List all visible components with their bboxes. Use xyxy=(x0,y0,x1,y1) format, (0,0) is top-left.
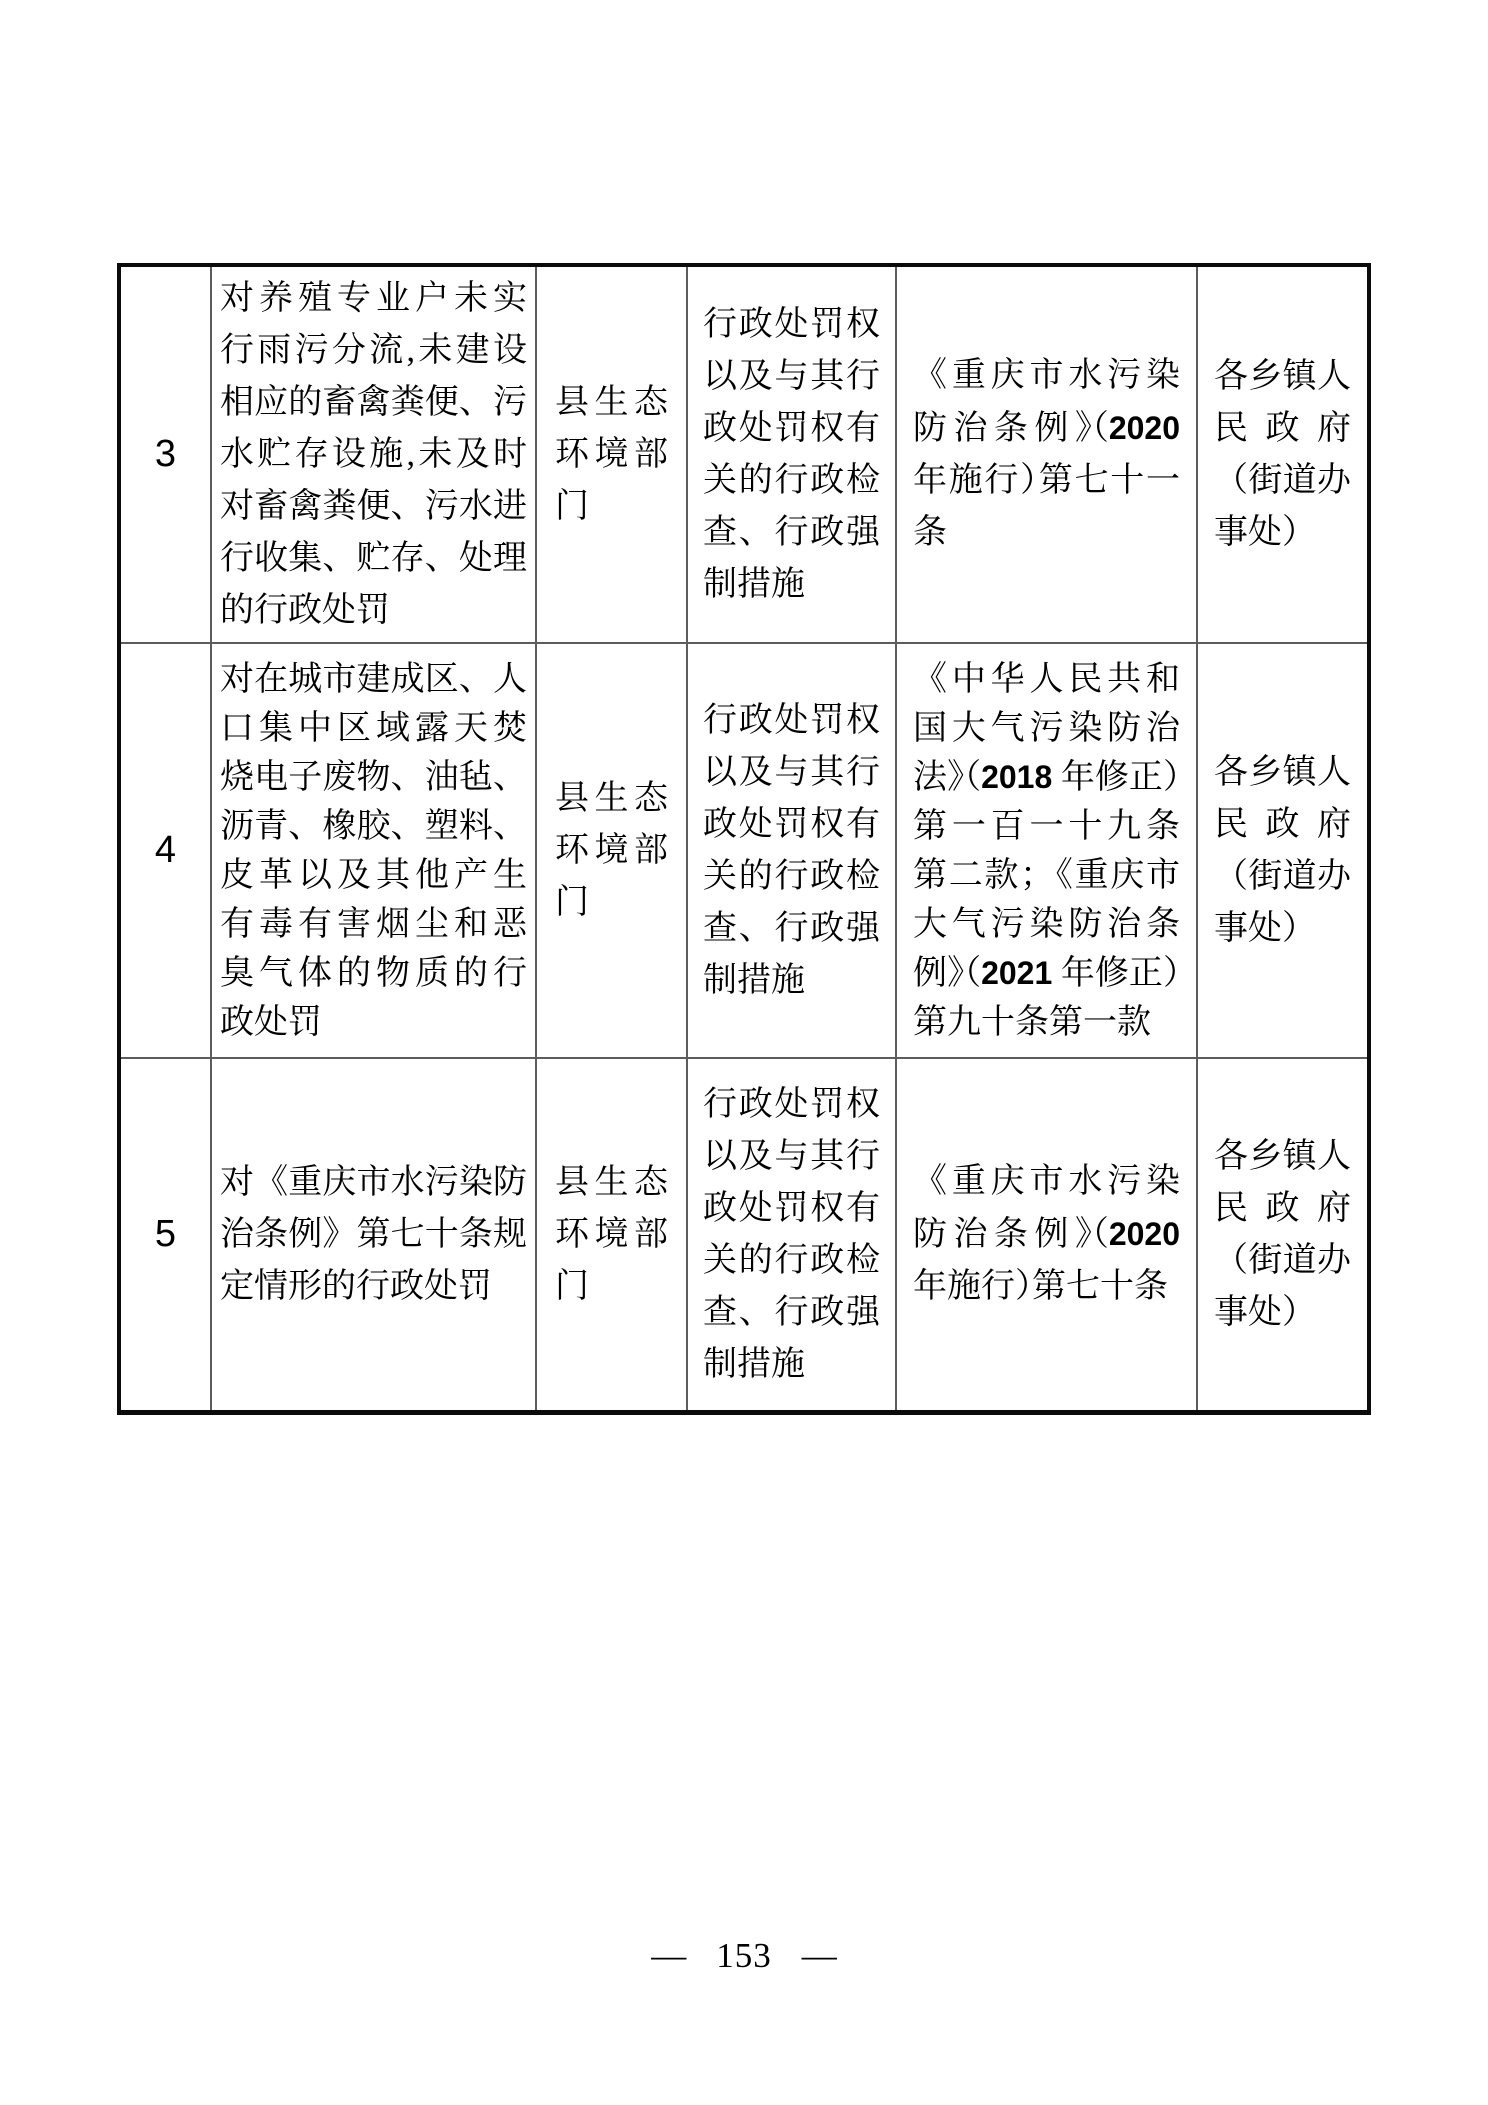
text-line: 水贮存设施,未及时 xyxy=(220,429,527,481)
text-line: 关的行政检 xyxy=(703,455,880,507)
text-line: 的行政处罚 xyxy=(220,585,527,637)
text-line: 门 xyxy=(555,1261,668,1313)
text-line: 政处罚权有 xyxy=(703,403,880,455)
text-line: 门 xyxy=(555,481,668,533)
row5-implementer-text: 各乡镇人民政府（街道办事处） xyxy=(1214,1131,1351,1339)
text-line: （街道办 xyxy=(1214,455,1351,507)
cell-row4-matter: 对在城市建成区、人口集中区域露天焚烧电子废物、油毡、沥青、橡胶、塑料、皮革以及其… xyxy=(212,644,537,1059)
text-line: 年施行）第七十一 xyxy=(913,455,1180,507)
text-line: 民政府 xyxy=(1214,403,1351,455)
text-line: 防治条例》（2020 xyxy=(913,402,1180,455)
text-line: 以及与其行 xyxy=(703,1131,880,1183)
page-number: 153 xyxy=(716,1936,772,1975)
text-line: 民政府 xyxy=(1214,799,1351,851)
text-line: 相应的畜禽粪便、污 xyxy=(220,377,527,429)
text-line: 定情形的行政处罚 xyxy=(220,1261,527,1313)
text-line: 事处） xyxy=(1214,1287,1351,1339)
cell-row3-matter: 对养殖专业户未实行雨污分流,未建设相应的畜禽粪便、污水贮存设施,未及时对畜禽粪便… xyxy=(212,267,537,644)
text-line: 以及与其行 xyxy=(703,351,880,403)
cell-row3-department: 县生态环境部门 xyxy=(537,267,688,644)
row3-number: 3 xyxy=(155,433,176,476)
text-line: 政处罚 xyxy=(220,998,527,1047)
text-line: 年施行）第七十条 xyxy=(913,1261,1180,1313)
cell-row5-power-type: 行政处罚权以及与其行政处罚权有关的行政检查、行政强制措施 xyxy=(688,1059,897,1410)
text-line: 政处罚权有 xyxy=(703,799,880,851)
text-line: 行政处罚权 xyxy=(703,299,880,351)
cell-row5-matter: 对《重庆市水污染防治条例》第七十条规定情形的行政处罚 xyxy=(212,1059,537,1410)
row5-legal-basis-text: 《重庆市水污染防治条例》（2020年施行）第七十条 xyxy=(913,1156,1180,1313)
row3-department-text: 县生态环境部门 xyxy=(555,377,668,533)
text-line: 第九十条第一款 xyxy=(913,998,1180,1047)
text-line: 门 xyxy=(555,877,668,929)
cell-row4-implementer: 各乡镇人民政府（街道办事处） xyxy=(1198,644,1367,1059)
cell-row4-legal-basis: 《中华人民共和国大气污染防治法》（2018 年修正）第一百一十九条第二款；《重庆… xyxy=(897,644,1198,1059)
text-line: （街道办 xyxy=(1214,1235,1351,1287)
text-line: 臭气体的物质的行 xyxy=(220,949,527,998)
text-line: 环境部 xyxy=(555,1209,668,1261)
text-line: 行政处罚权 xyxy=(703,1079,880,1131)
cell-row5-seq: 5 xyxy=(121,1059,212,1410)
text-line: 对畜禽粪便、污水进 xyxy=(220,481,527,533)
text-line: 皮革以及其他产生 xyxy=(220,851,527,900)
text-line: 行收集、贮存、处理 xyxy=(220,533,527,585)
text-line: 第二款；《重庆市 xyxy=(913,851,1180,900)
footer-dash-right: — xyxy=(802,1936,837,1975)
row5-department-text: 县生态环境部门 xyxy=(555,1157,668,1313)
text-line: 行政处罚权 xyxy=(703,695,880,747)
text-line: 查、行政强 xyxy=(703,903,880,955)
cell-row3-legal-basis: 《重庆市水污染防治条例》（2020年施行）第七十一条 xyxy=(897,267,1198,644)
text-line: 制措施 xyxy=(703,559,880,611)
row4-power-type-text: 行政处罚权以及与其行政处罚权有关的行政检查、行政强制措施 xyxy=(703,695,880,1007)
row4-legal-basis-text: 《中华人民共和国大气污染防治法》（2018 年修正）第一百一十九条第二款；《重庆… xyxy=(913,655,1180,1047)
text-line: 以及与其行 xyxy=(703,747,880,799)
text-line: 各乡镇人 xyxy=(1214,351,1351,403)
text-line: 民政府 xyxy=(1214,1183,1351,1235)
text-line: 例》（2021 年修正） xyxy=(913,949,1180,998)
text-line: 国大气污染防治 xyxy=(913,704,1180,753)
cell-row3-implementer: 各乡镇人民政府（街道办事处） xyxy=(1198,267,1367,644)
text-line: 《重庆市水污染 xyxy=(913,1156,1180,1208)
text-line: 治条例》第七十条规 xyxy=(220,1209,527,1261)
text-line: 关的行政检 xyxy=(703,1235,880,1287)
cell-row3-seq: 3 xyxy=(121,267,212,644)
text-line: 查、行政强 xyxy=(703,507,880,559)
text-line: 防治条例》（2020 xyxy=(913,1208,1180,1261)
row5-power-type-text: 行政处罚权以及与其行政处罚权有关的行政检查、行政强制措施 xyxy=(703,1079,880,1391)
text-line: 法》（2018 年修正） xyxy=(913,753,1180,802)
row3-legal-basis-text: 《重庆市水污染防治条例》（2020年施行）第七十一条 xyxy=(913,350,1180,559)
text-line: 烧电子废物、油毡、 xyxy=(220,753,527,802)
row5-matter-text: 对《重庆市水污染防治条例》第七十条规定情形的行政处罚 xyxy=(220,1157,527,1313)
text-line: 环境部 xyxy=(555,429,668,481)
cell-row3-power-type: 行政处罚权以及与其行政处罚权有关的行政检查、行政强制措施 xyxy=(688,267,897,644)
text-line: 县生态 xyxy=(555,773,668,825)
text-line: 有毒有害烟尘和恶 xyxy=(220,900,527,949)
text-line: （街道办 xyxy=(1214,851,1351,903)
text-line: 行雨污分流,未建设 xyxy=(220,325,527,377)
text-line: 制措施 xyxy=(703,1339,880,1391)
row3-power-type-text: 行政处罚权以及与其行政处罚权有关的行政检查、行政强制措施 xyxy=(703,299,880,611)
text-line: 《中华人民共和 xyxy=(913,655,1180,704)
text-line: 县生态 xyxy=(555,1157,668,1209)
cell-row5-implementer: 各乡镇人民政府（街道办事处） xyxy=(1198,1059,1367,1410)
row4-number: 4 xyxy=(155,829,176,872)
row3-matter-text: 对养殖专业户未实行雨污分流,未建设相应的畜禽粪便、污水贮存设施,未及时对畜禽粪便… xyxy=(220,273,527,637)
footer-dash-left: — xyxy=(651,1936,686,1975)
cell-row5-department: 县生态环境部门 xyxy=(537,1059,688,1410)
text-line: 对《重庆市水污染防 xyxy=(220,1157,527,1209)
text-line: 查、行政强 xyxy=(703,1287,880,1339)
row3-implementer-text: 各乡镇人民政府（街道办事处） xyxy=(1214,351,1351,559)
text-line: 政处罚权有 xyxy=(703,1183,880,1235)
text-line: 环境部 xyxy=(555,825,668,877)
text-line: 条 xyxy=(913,507,1180,559)
cell-row4-department: 县生态环境部门 xyxy=(537,644,688,1059)
text-line: 沥青、橡胶、塑料、 xyxy=(220,802,527,851)
text-line: 关的行政检 xyxy=(703,851,880,903)
text-line: 事处） xyxy=(1214,507,1351,559)
row5-number: 5 xyxy=(155,1213,176,1256)
text-line: 对在城市建成区、人 xyxy=(220,655,527,704)
text-line: 大气污染防治条 xyxy=(913,900,1180,949)
text-line: 事处） xyxy=(1214,903,1351,955)
text-line: 《重庆市水污染 xyxy=(913,350,1180,402)
row4-implementer-text: 各乡镇人民政府（街道办事处） xyxy=(1214,747,1351,955)
text-line: 第一百一十九条 xyxy=(913,802,1180,851)
cell-row4-seq: 4 xyxy=(121,644,212,1059)
row4-department-text: 县生态环境部门 xyxy=(555,773,668,929)
text-line: 口集中区域露天焚 xyxy=(220,704,527,753)
text-line: 各乡镇人 xyxy=(1214,1131,1351,1183)
row4-matter-text: 对在城市建成区、人口集中区域露天焚烧电子废物、油毡、沥青、橡胶、塑料、皮革以及其… xyxy=(220,655,527,1047)
delegated-powers-table: 3 对养殖专业户未实行雨污分流,未建设相应的畜禽粪便、污水贮存设施,未及时对畜禽… xyxy=(117,263,1371,1415)
text-line: 各乡镇人 xyxy=(1214,747,1351,799)
text-line: 对养殖专业户未实 xyxy=(220,273,527,325)
page-footer: —153— xyxy=(0,1936,1488,1976)
cell-row4-power-type: 行政处罚权以及与其行政处罚权有关的行政检查、行政强制措施 xyxy=(688,644,897,1059)
text-line: 制措施 xyxy=(703,955,880,1007)
cell-row5-legal-basis: 《重庆市水污染防治条例》（2020年施行）第七十条 xyxy=(897,1059,1198,1410)
text-line: 县生态 xyxy=(555,377,668,429)
